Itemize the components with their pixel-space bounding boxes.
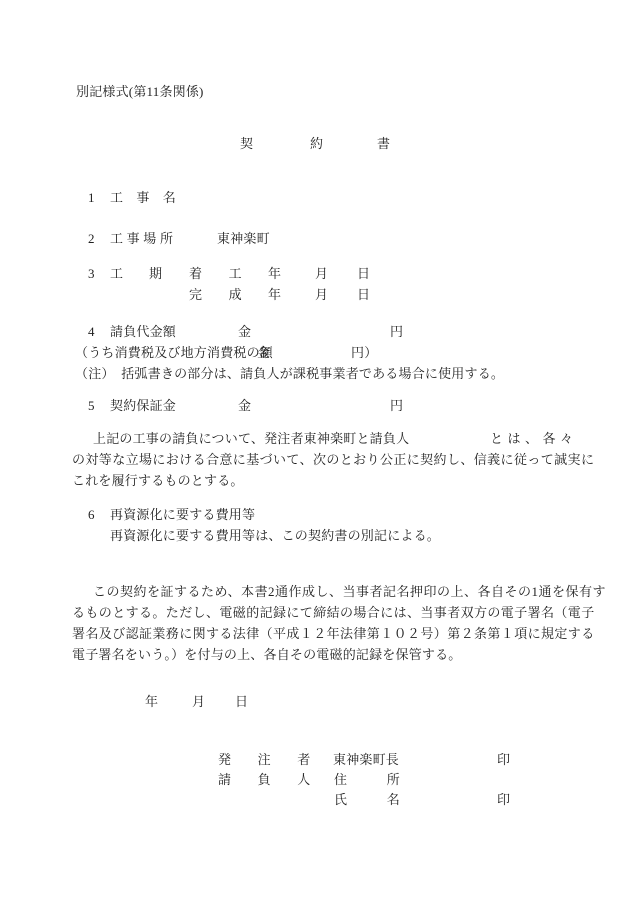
item1-number: 1 xyxy=(88,190,95,205)
completion-day-label: 日 xyxy=(357,287,370,302)
agreement-clause-line2: の対等な立場における合意に基づいて、次のとおり公正に契約し、信義に従って誠実に xyxy=(72,452,594,467)
title-char-yaku: 約 xyxy=(310,136,323,151)
contract-document-page: 別記様式(第11条関係) 契 約 書 1 工 事 名 2 工 事 場 所 東神楽… xyxy=(0,0,630,903)
contract-bond-label: 契約保証金 xyxy=(110,398,176,413)
item5-number: 5 xyxy=(88,398,95,413)
execution-clause-line2: るものとする。ただし、電磁的記録にて締結の場合には、当事者双方の電子署名（電子 xyxy=(72,605,595,620)
agreement-clause-line3: これを履行するものとする。 xyxy=(72,473,244,488)
work-period-label-1: 工 xyxy=(110,266,123,281)
orderer-seal-mark: 印 xyxy=(497,752,510,767)
item4-number: 4 xyxy=(88,324,95,339)
agreement-clause-line1-left: 上記の工事の請負について、発注者東神楽町と請負人 xyxy=(93,431,409,446)
execution-clause-line4: 電子署名をいう。）を付与の上、各自その電磁的記録を保管する。 xyxy=(72,647,462,662)
form-reference-label: 別記様式(第11条関係) xyxy=(76,84,204,99)
contractor-address-label: 住 所 xyxy=(334,772,400,787)
recycling-cost-body: 再資源化に要する費用等は、この契約書の別記による。 xyxy=(110,528,440,543)
start-of-work-label: 着 工 xyxy=(189,266,242,281)
execution-clause-line3: 署名及び認証業務に関する法律（平成１２年法律第１０２号）第２条第１項に規定する xyxy=(72,626,595,641)
tax-yen-label: 円） xyxy=(351,345,377,360)
date-day-label: 日 xyxy=(235,694,248,709)
orderer-label: 発 注 者 xyxy=(218,752,310,767)
contract-amount-label: 請負代金額 xyxy=(110,324,176,339)
work-name-label: 工 事 名 xyxy=(110,190,176,205)
contractor-name-label: 氏 名 xyxy=(334,792,400,807)
work-location-label: 工 事 場 所 xyxy=(110,231,173,246)
contractor-label: 請 負 人 xyxy=(218,772,310,787)
completion-label: 完 成 xyxy=(189,287,242,302)
tax-kin-label: 金 xyxy=(257,345,270,360)
amount-kin-label: 金 xyxy=(238,324,251,339)
item3-number: 3 xyxy=(88,266,95,281)
bond-kin-label: 金 xyxy=(238,398,251,413)
title-char-kei: 契 xyxy=(240,136,253,151)
item2-number: 2 xyxy=(88,231,95,246)
start-month-label: 月 xyxy=(315,266,328,281)
work-period-label-2: 期 xyxy=(149,266,162,281)
item6-number: 6 xyxy=(88,507,95,522)
date-year-label: 年 xyxy=(145,694,158,709)
contractor-seal-mark: 印 xyxy=(497,792,510,807)
agreement-clause-line1-right: とは、各々 xyxy=(490,431,578,446)
orderer-name: 東神楽町長 xyxy=(333,752,399,767)
work-location-value: 東神楽町 xyxy=(217,231,270,246)
start-year-label: 年 xyxy=(268,266,281,281)
bond-yen-label: 円 xyxy=(390,398,403,413)
start-day-label: 日 xyxy=(357,266,370,281)
parenthesis-usage-note: （注） 括弧書きの部分は、請負人が課税事業者である場合に使用する。 xyxy=(75,366,504,381)
consumption-tax-note-left: （うち消費税及び地方消費税の額 xyxy=(75,345,273,360)
date-month-label: 月 xyxy=(192,694,205,709)
amount-yen-label: 円 xyxy=(390,324,403,339)
recycling-cost-label: 再資源化に要する費用等 xyxy=(110,507,255,522)
completion-year-label: 年 xyxy=(268,287,281,302)
title-char-sho: 書 xyxy=(377,136,390,151)
completion-month-label: 月 xyxy=(315,287,328,302)
execution-clause-line1: この契約を証するため、本書2通作成し、当事者記名押印の上、各自その1通を保有す xyxy=(93,584,606,599)
